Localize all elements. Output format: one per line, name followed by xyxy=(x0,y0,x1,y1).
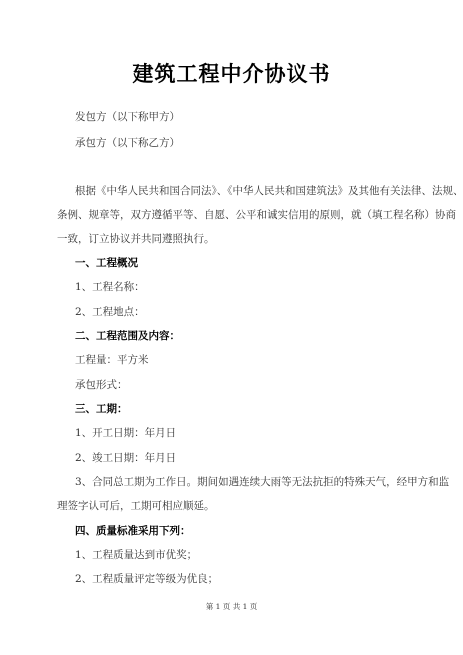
section-3-item-2: 2、竣工日期：年月日 xyxy=(75,450,176,465)
section-3-item-3: 3、合同总工期为工作日。期间如遇连续大雨等无法抗拒的特殊天气，经甲方和监 xyxy=(75,474,449,489)
section-3-item-3-cont: 理签字认可后，工期可相应顺延。 xyxy=(57,498,215,513)
preamble-line-2: 条例、规章等，双方遵循平等、自愿、公平和诚实信用的原则，就（填工程名称）协商 xyxy=(57,207,456,222)
section-2-item-1: 工程量：平方米 xyxy=(75,352,149,367)
section-2-item-2: 承包形式： xyxy=(75,377,128,392)
preamble-line-1: 根据《中华人民共和国合同法》、《中华人民共和国建筑法》及其他有关法律、法规、 xyxy=(75,183,463,198)
preamble-line-3: 一致，订立协议并共同遵照执行。 xyxy=(57,231,215,246)
page-footer: 第 1 页 共 1 页 xyxy=(0,601,463,612)
section-4-item-1: 1、工程质量达到市优奖； xyxy=(75,547,197,562)
section-1-heading: 一、工程概况 xyxy=(75,255,138,270)
section-2-heading: 二、工程范围及内容： xyxy=(75,328,180,343)
section-3-item-1: 1、开工日期：年月日 xyxy=(75,425,176,440)
section-4-heading: 四、质量标准采用下列： xyxy=(75,523,191,538)
section-1-item-2: 2、工程地点： xyxy=(75,304,145,319)
section-1-item-1: 1、工程名称： xyxy=(75,279,145,294)
party-employer: 发包方（以下称甲方） xyxy=(75,109,180,124)
party-contractor: 承包方（以下称乙方） xyxy=(75,135,180,150)
section-3-heading: 三、工期： xyxy=(75,401,128,416)
section-4-item-2: 2、工程质量评定等级为优良； xyxy=(75,571,218,586)
document-title: 建筑工程中介协议书 xyxy=(0,58,463,88)
